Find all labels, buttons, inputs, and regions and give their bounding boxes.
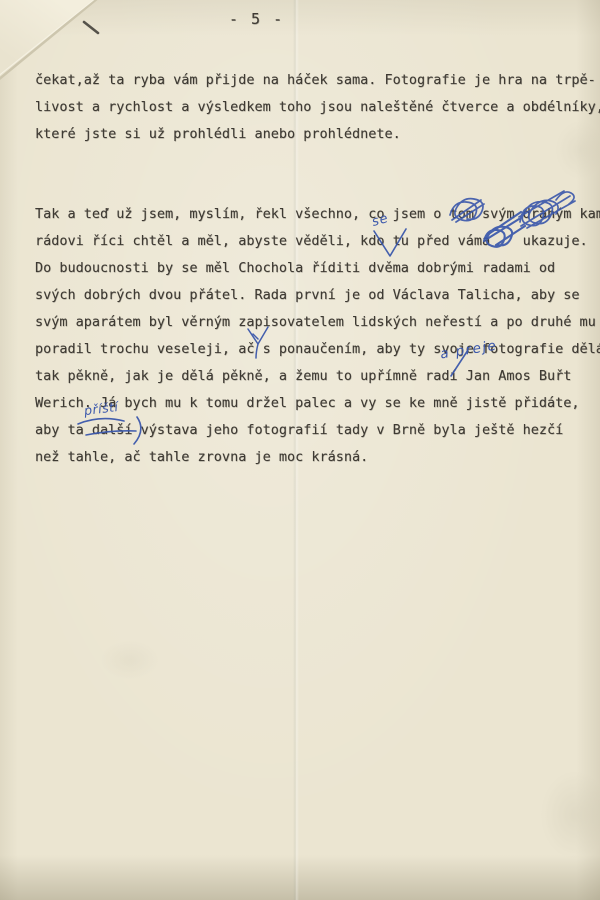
typed-line: Do budoucnosti by se měl Chochola říditi…	[35, 255, 600, 282]
typed-line: rádovi říci chtěl a měl, abyste věděli, …	[35, 228, 600, 255]
typed-line: než tahle, ač tahle zrovna je moc krásná…	[35, 444, 600, 471]
typed-line: Werich. Já bych mu k tomu držel palec a …	[35, 390, 600, 417]
typed-line: poradil trochu veseleji, ač s ponaučením…	[35, 336, 600, 363]
staple-mark	[84, 22, 98, 33]
typed-line: čekat,až ta ryba vám přijde na háček sam…	[35, 67, 600, 94]
typed-line: které jste si už prohlédli anebo prohléd…	[35, 121, 600, 148]
typed-line: Tak a teď už jsem, myslím, řekl všechno,…	[35, 201, 600, 228]
typed-line: tak pěkně, jak je dělá pěkně, a žemu to …	[35, 363, 600, 390]
paragraph-1: čekat,až ta ryba vám přijde na háček sam…	[35, 67, 600, 148]
typed-line: livost a rychlost a výsledkem toho jsou …	[35, 94, 600, 121]
typed-line: svých dobrých dvou přátel. Rada první je…	[35, 282, 600, 309]
paragraph-2: Tak a teď už jsem, myslím, řekl všechno,…	[35, 201, 600, 471]
paper-stain	[540, 770, 600, 860]
typed-line: aby ta další výstava jeho fotografií tad…	[35, 417, 600, 444]
paper-stain	[100, 640, 160, 680]
page-number: - 5 -	[229, 10, 284, 28]
typed-line: svým aparátem byl věrným zapisovatelem l…	[35, 309, 600, 336]
scanned-document-page: - 5 - čekat,až ta ryba vám přijde na háč…	[0, 0, 600, 900]
